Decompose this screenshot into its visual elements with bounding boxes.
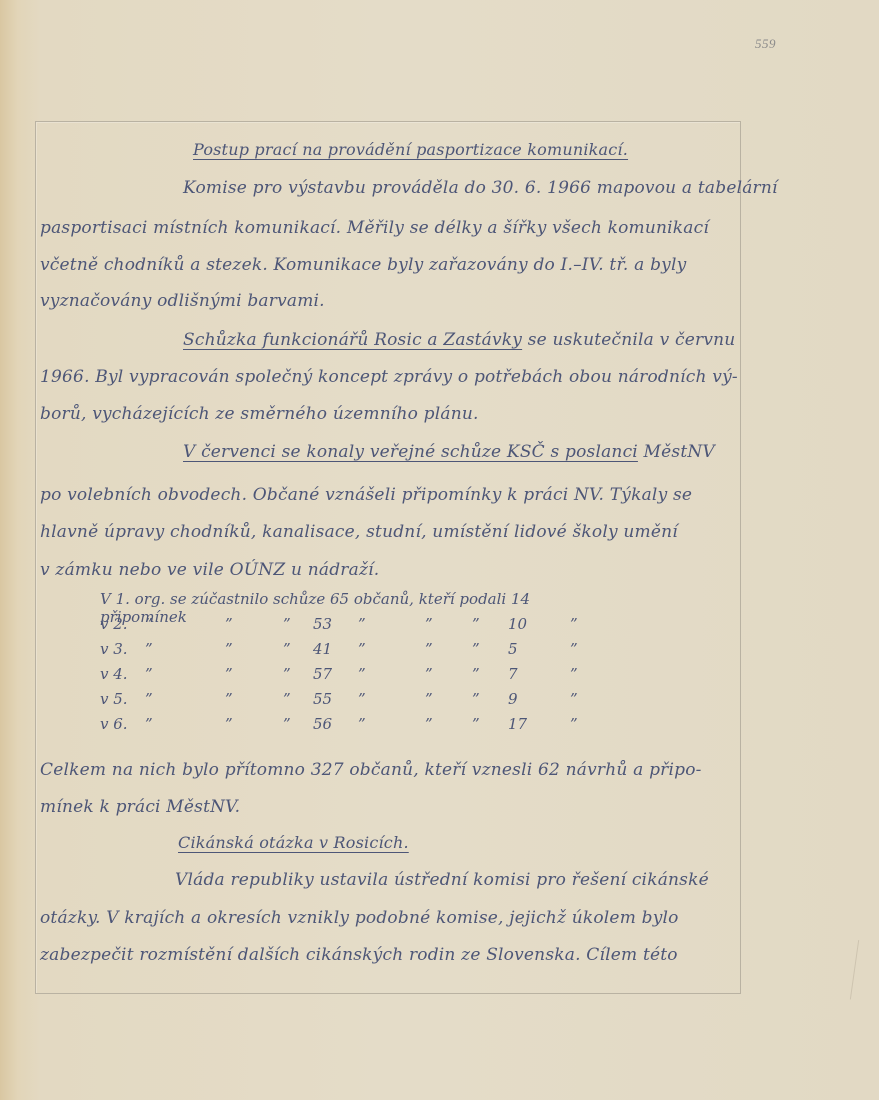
remarks-count: 10 (508, 615, 527, 633)
ditto-mark: ” (358, 715, 366, 733)
ditto-mark: ” (145, 640, 153, 658)
text-line: borů, vycházejících ze směrného územního… (40, 404, 479, 424)
text-line: v zámku nebo ve vile OÚNZ u nádraží. (40, 560, 379, 580)
text-line: zabezpečit rozmístění dalších cikánských… (40, 945, 678, 965)
row-label: v 6. (100, 715, 128, 733)
ditto-mark: ” (358, 665, 366, 683)
ditto-mark: ” (425, 665, 433, 683)
ditto-mark: ” (425, 615, 433, 633)
table-row: v 3. ” ” ” 41 ” ” ” 5 ” (100, 640, 620, 665)
paper-crease (850, 940, 863, 1000)
row-label: v 3. (100, 640, 128, 658)
row-label: v 2. (100, 615, 128, 633)
ditto-mark: ” (145, 690, 153, 708)
ditto-mark: ” (358, 690, 366, 708)
ditto-mark: ” (283, 690, 291, 708)
heading-continuation: MěstNV (638, 442, 715, 462)
text-line: hlavně úpravy chodníků, kanalisace, stud… (40, 522, 678, 542)
ditto-mark: ” (570, 690, 578, 708)
ditto-mark: ” (472, 690, 480, 708)
section-heading-pasportizace: Postup prací na provádění pasportizace k… (193, 140, 628, 159)
section-heading-schuze-ksc: V červenci se konaly veřejné schůze KSČ … (183, 442, 638, 462)
ditto-mark: ” (425, 640, 433, 658)
heading-continuation: se uskutečnila v červnu (522, 330, 735, 350)
text-line: mínek k práci MěstNV. (40, 797, 240, 817)
citizens-count: 57 (313, 665, 332, 683)
ditto-mark: ” (145, 615, 153, 633)
ditto-mark: ” (472, 715, 480, 733)
remarks-count: 9 (508, 690, 518, 708)
ditto-mark: ” (145, 715, 153, 733)
ditto-mark: ” (570, 665, 578, 683)
ditto-mark: ” (283, 640, 291, 658)
ditto-mark: ” (145, 665, 153, 683)
page-frame (35, 121, 741, 994)
table-row: v 5. ” ” ” 55 ” ” ” 9 ” (100, 690, 620, 715)
ditto-mark: ” (283, 715, 291, 733)
citizens-count: 41 (313, 640, 332, 658)
ditto-mark: ” (570, 615, 578, 633)
ditto-mark: ” (472, 640, 480, 658)
ditto-mark: ” (570, 715, 578, 733)
ditto-mark: ” (225, 715, 233, 733)
ditto-mark: ” (570, 640, 578, 658)
text-line: 1966. Byl vypracován společný koncept zp… (40, 367, 738, 387)
remarks-count: 17 (508, 715, 527, 733)
ditto-mark: ” (225, 665, 233, 683)
meetings-table: V 1. org. se zúčastnilo schůze 65 občanů… (100, 590, 620, 740)
ditto-mark: ” (225, 640, 233, 658)
ditto-mark: ” (472, 615, 480, 633)
ditto-mark: ” (425, 690, 433, 708)
text-line: otázky. V krajích a okresích vznikly pod… (40, 908, 679, 928)
remarks-count: 5 (508, 640, 518, 658)
text-line: po volebních obvodech. Občané vznášeli p… (40, 485, 692, 505)
table-row: v 4. ” ” ” 57 ” ” ” 7 ” (100, 665, 620, 690)
text-line: Komise pro výstavbu prováděla do 30. 6. … (183, 178, 778, 198)
ditto-mark: ” (358, 640, 366, 658)
text-line: Vláda republiky ustavila ústřední komisi… (175, 870, 709, 890)
page-number: 559 (755, 36, 776, 52)
section-line-schuze: V červenci se konaly veřejné schůze KSČ … (183, 442, 715, 462)
row-label: v 4. (100, 665, 128, 683)
ditto-mark: ” (283, 665, 291, 683)
citizens-count: 56 (313, 715, 332, 733)
citizens-count: 55 (313, 690, 332, 708)
text-line: vyznačovány odlišnými barvami. (40, 291, 325, 311)
ditto-mark: ” (472, 665, 480, 683)
text-line: včetně chodníků a stezek. Komunikace byl… (40, 255, 686, 275)
ditto-mark: ” (358, 615, 366, 633)
table-row: v 2. ” ” ” 53 ” ” ” 10 ” (100, 615, 620, 640)
text-line: pasportisaci místních komunikací. Měřily… (40, 218, 709, 238)
citizens-count: 53 (313, 615, 332, 633)
ditto-mark: ” (225, 690, 233, 708)
section-heading-schuzka: Schůzka funkcionářů Rosic a Zastávky (183, 330, 522, 350)
ditto-mark: ” (425, 715, 433, 733)
section-heading-cikanska-otazka: Cikánská otázka v Rosicích. (178, 833, 409, 852)
text-line: Celkem na nich bylo přítomno 327 občanů,… (40, 760, 702, 780)
table-row: v 6. ” ” ” 56 ” ” ” 17 ” (100, 715, 620, 740)
row-label: v 5. (100, 690, 128, 708)
ditto-mark: ” (225, 615, 233, 633)
section-line-schuzka: Schůzka funkcionářů Rosic a Zastávky se … (183, 330, 735, 350)
table-intro-row: V 1. org. se zúčastnilo schůze 65 občanů… (100, 590, 620, 615)
remarks-count: 7 (508, 665, 518, 683)
ditto-mark: ” (283, 615, 291, 633)
